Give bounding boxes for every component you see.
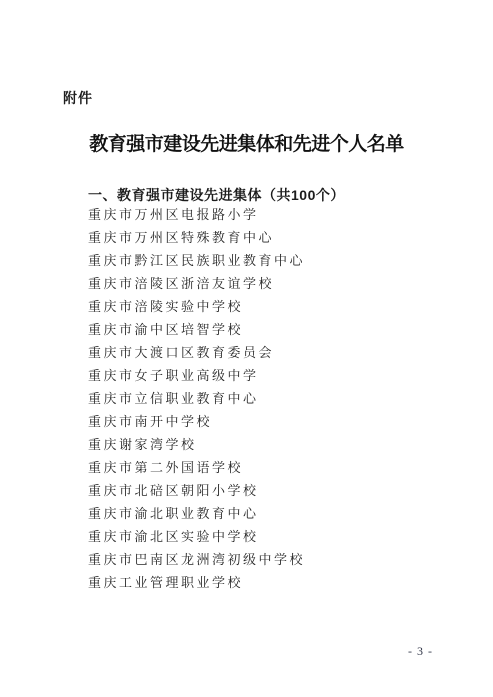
collectives-list: 重庆市万州区电报路小学 重庆市万州区特殊教育中心 重庆市黔江区民族职业教育中心 …: [88, 203, 448, 594]
list-item: 重庆市南开中学校: [88, 410, 448, 433]
list-item: 重庆市渝中区培智学校: [88, 318, 448, 341]
section-heading: 一、教育强市建设先进集体（共100个）: [88, 185, 345, 205]
list-item: 重庆市巴南区龙洲湾初级中学校: [88, 548, 448, 571]
list-item: 重庆市女子职业高级中学: [88, 364, 448, 387]
list-item: 重庆市万州区电报路小学: [88, 203, 448, 226]
list-item: 重庆市黔江区民族职业教育中心: [88, 249, 448, 272]
list-item: 重庆市万州区特殊教育中心: [88, 226, 448, 249]
list-item: 重庆市渝北职业教育中心: [88, 502, 448, 525]
list-item: 重庆市涪陵区浙涪友谊学校: [88, 272, 448, 295]
document-page: 附件 教育强市建设先进集体和先进个人名单 一、教育强市建设先进集体（共100个）…: [0, 0, 493, 697]
list-item: 重庆市涪陵实验中学校: [88, 295, 448, 318]
list-item: 重庆市立信职业教育中心: [88, 387, 448, 410]
page-number: - 3 -: [408, 644, 433, 659]
list-item: 重庆工业管理职业学校: [88, 571, 448, 594]
attachment-label: 附件: [63, 88, 93, 108]
list-item: 重庆市第二外国语学校: [88, 456, 448, 479]
list-item: 重庆谢家湾学校: [88, 433, 448, 456]
list-item: 重庆市渝北区实验中学校: [88, 525, 448, 548]
document-title: 教育强市建设先进集体和先进个人名单: [0, 129, 493, 156]
list-item: 重庆市北碚区朝阳小学校: [88, 479, 448, 502]
list-item: 重庆市大渡口区教育委员会: [88, 341, 448, 364]
